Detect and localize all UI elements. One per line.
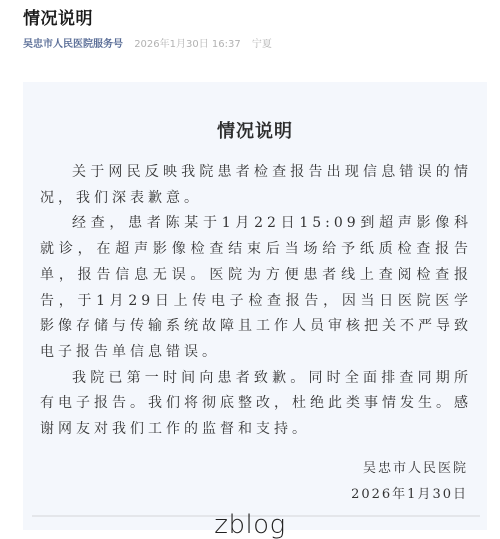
notice-body: 关于网民反映我院患者检查报告出现信息错误的情况，我们深表歉意。 经查，患者陈某于… (40, 160, 472, 443)
article-title: 情况说明 (23, 8, 483, 30)
notice-paragraph-investigation: 经查，患者陈某于1月22日15:09到超声影像科就诊，在超声影像检查结束后当场给… (40, 211, 472, 365)
article-meta: 吴忠市人民医院服务号 2026年1月30日 16:37 宁夏 (23, 38, 483, 52)
account-name-link[interactable]: 吴忠市人民医院服务号 (23, 39, 123, 50)
watermark: zblog (0, 508, 500, 539)
notice-signature: 吴忠市人民医院 2026年1月30日 (351, 456, 468, 508)
notice-paragraph-apology: 关于网民反映我院患者检查报告出现信息错误的情况，我们深表歉意。 (40, 160, 472, 211)
notice-title: 情况说明 (23, 120, 487, 144)
notice-image: 情况说明 关于网民反映我院患者检查报告出现信息错误的情况，我们深表歉意。 经查，… (23, 82, 487, 530)
notice-paragraph-rectification: 我院已第一时间向患者致歉。同时全面排查同期所有电子报告。我们将彻底整改，杜绝此类… (40, 366, 472, 443)
publish-time: 2026年1月30日 16:37 (134, 39, 241, 50)
article-header: 情况说明 吴忠市人民医院服务号 2026年1月30日 16:37 宁夏 (23, 8, 483, 52)
signature-organization: 吴忠市人民医院 (351, 456, 468, 482)
publish-location: 宁夏 (252, 39, 272, 50)
signature-date: 2026年1月30日 (351, 482, 468, 508)
